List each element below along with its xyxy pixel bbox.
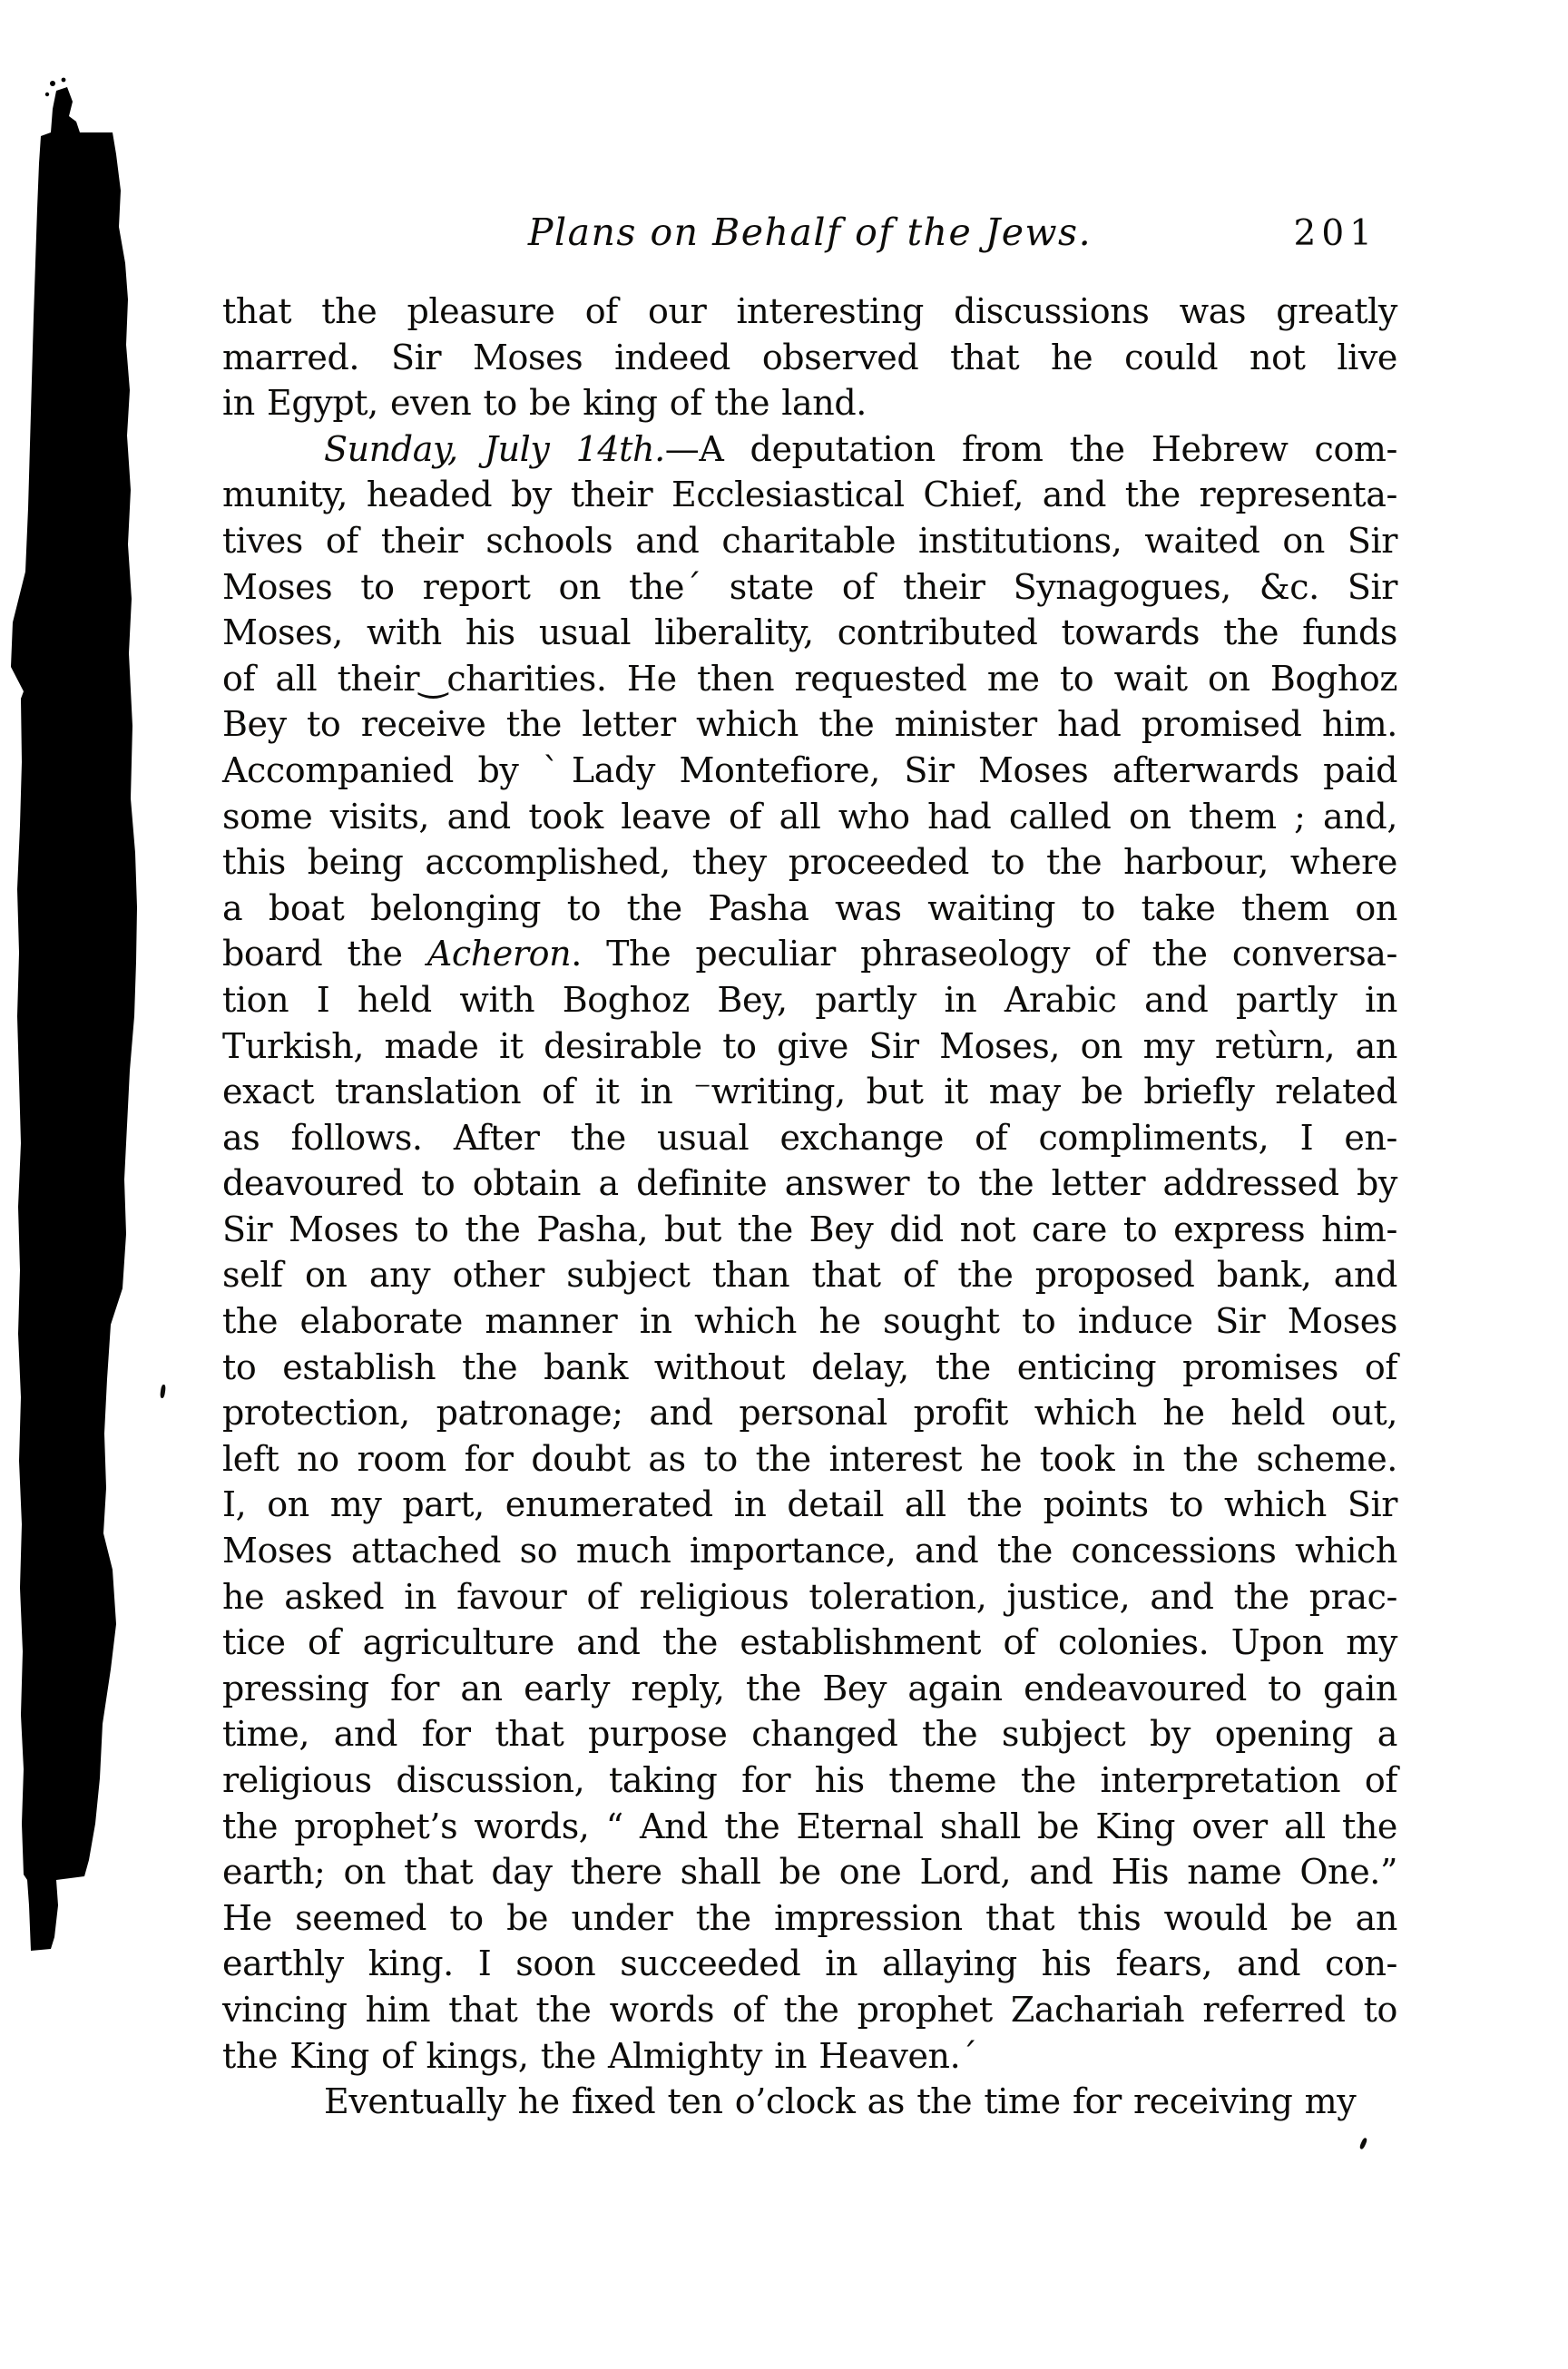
text-segment: Moses to report on the´ state of their S… xyxy=(222,567,1397,607)
text-segment: Bey to receive the letter which the mini… xyxy=(222,704,1397,744)
text-line: protection, patronage; and personal prof… xyxy=(222,1390,1397,1436)
text-segment: tice of agriculture and the establishmen… xyxy=(222,1622,1397,1662)
text-line: earthly king. I soon succeeded in allayi… xyxy=(222,1941,1397,1987)
text-segment: the King of kings, the Almighty in Heave… xyxy=(222,2036,977,2076)
text-segment: left no room for doubt as to the interes… xyxy=(222,1439,1397,1479)
text-segment: he asked in favour of religious tolerati… xyxy=(222,1577,1397,1617)
text-line: this being accomplished, they proceeded … xyxy=(222,839,1397,886)
text-line: the King of kings, the Almighty in Heave… xyxy=(222,2033,1397,2080)
text-segment: earthly king. I soon succeeded in allayi… xyxy=(222,1943,1397,1983)
text-line: munity, headed by their Ecclesiastical C… xyxy=(222,472,1397,518)
text-segment: I, on my part, enumerated in detail all … xyxy=(222,1484,1397,1524)
text-line: Sir Moses to the Pasha, but the Bey did … xyxy=(222,1207,1397,1253)
italic-text-segment: Acheron xyxy=(427,934,571,974)
text-line: some visits, and took leave of all who h… xyxy=(222,794,1397,840)
running-header: Plans on Behalf of the Jews. 201 xyxy=(222,210,1397,261)
text-line: to establish the bank without delay, the… xyxy=(222,1345,1397,1391)
italic-text-segment: Sunday, July 14th. xyxy=(324,429,665,469)
text-line: religious discussion, taking for his the… xyxy=(222,1757,1397,1804)
text-segment: Sir Moses to the Pasha, but the Bey did … xyxy=(222,1209,1397,1249)
text-line: left no room for doubt as to the interes… xyxy=(222,1436,1397,1483)
text-segment: in Egypt, even to be king of the land. xyxy=(222,383,867,423)
text-line: that the pleasure of our interesting dis… xyxy=(222,289,1397,335)
text-segment: Moses attached so much importance, and t… xyxy=(222,1531,1397,1571)
text-line: in Egypt, even to be king of the land. xyxy=(222,380,1397,426)
text-line: Turkish, made it desirable to give Sir M… xyxy=(222,1023,1397,1070)
text-line: Sunday, July 14th.—A deputation from the… xyxy=(222,426,1397,473)
text-line: Moses attached so much importance, and t… xyxy=(222,1528,1397,1574)
text-segment: deavoured to obtain a definite answer to… xyxy=(222,1163,1397,1203)
text-line: deavoured to obtain a definite answer to… xyxy=(222,1160,1397,1207)
text-segment: Turkish, made it desirable to give Sir M… xyxy=(222,1026,1397,1066)
text-line: Moses to report on the´ state of their S… xyxy=(222,564,1397,611)
text-segment: exact translation of it in ⁻writing, but… xyxy=(222,1072,1397,1111)
text-segment: . The peculiar phraseology of the conver… xyxy=(571,934,1397,974)
text-line: time, and for that purpose changed the s… xyxy=(222,1711,1397,1757)
text-segment: that the pleasure of our interesting dis… xyxy=(222,291,1397,331)
text-line: Bey to receive the letter which the mini… xyxy=(222,701,1397,748)
text-segment: board the xyxy=(222,934,427,974)
text-line: vincing him that the words of the prophe… xyxy=(222,1987,1397,2033)
body-text: that the pleasure of our interesting dis… xyxy=(222,289,1397,2125)
text-segment: of all their‿charities. He then requeste… xyxy=(222,659,1397,699)
text-line: pressing for an early reply, the Bey aga… xyxy=(222,1666,1397,1712)
text-line: I, on my part, enumerated in detail all … xyxy=(222,1482,1397,1528)
text-segment: time, and for that purpose changed the s… xyxy=(222,1714,1397,1754)
text-segment: He seemed to be under the impression tha… xyxy=(222,1898,1397,1938)
text-line: Moses, with his usual liberality, contri… xyxy=(222,610,1397,656)
text-segment: munity, headed by their Ecclesiastical C… xyxy=(222,475,1397,514)
text-segment: Moses, with his usual liberality, contri… xyxy=(222,612,1397,652)
text-line: a boat belonging to the Pasha was waitin… xyxy=(222,886,1397,932)
text-segment: earth; on that day there shall be one Lo… xyxy=(222,1852,1397,1892)
text-line: He seemed to be under the impression tha… xyxy=(222,1895,1397,1942)
text-line: of all their‿charities. He then requeste… xyxy=(222,656,1397,702)
text-segment: vincing him that the words of the prophe… xyxy=(222,1990,1397,2030)
text-line: Eventually he fixed ten o’clock as the t… xyxy=(222,2079,1397,2125)
text-segment: to establish the bank without delay, the… xyxy=(222,1347,1397,1387)
text-segment: the elaborate manner in which he sought … xyxy=(222,1301,1397,1341)
text-line: tives of their schools and charitable in… xyxy=(222,518,1397,564)
text-segment: the prophet’s words, “ And the Eternal s… xyxy=(222,1806,1397,1846)
text-segment: tives of their schools and charitable in… xyxy=(222,521,1397,561)
text-segment: Accompanied by ˋLady Montefiore, Sir Mos… xyxy=(222,750,1397,790)
page-number: 201 xyxy=(1294,213,1377,254)
text-segment: self on any other subject than that of t… xyxy=(222,1255,1397,1295)
text-segment: some visits, and took leave of all who h… xyxy=(222,797,1397,837)
text-line: board the Acheron. The peculiar phraseol… xyxy=(222,931,1397,977)
text-segment: —A deputation from the Hebrew com- xyxy=(665,429,1397,469)
text-line: he asked in favour of religious tolerati… xyxy=(222,1574,1397,1620)
text-segment: religious discussion, taking for his the… xyxy=(222,1760,1397,1800)
text-segment: tion I held with Boghoz Bey, partly in A… xyxy=(222,980,1397,1020)
text-line: the prophet’s words, “ And the Eternal s… xyxy=(222,1804,1397,1850)
text-segment: pressing for an early reply, the Bey aga… xyxy=(222,1669,1397,1708)
running-header-title: Plans on Behalf of the Jews. xyxy=(222,210,1397,254)
text-segment: marred. Sir Moses indeed observed that h… xyxy=(222,338,1397,377)
text-segment: a boat belonging to the Pasha was waitin… xyxy=(222,888,1397,928)
book-page-scan: Plans on Behalf of the Jews. 201 that th… xyxy=(0,0,1568,2369)
text-line: marred. Sir Moses indeed observed that h… xyxy=(222,335,1397,381)
text-line: the elaborate manner in which he sought … xyxy=(222,1298,1397,1345)
text-line: tion I held with Boghoz Bey, partly in A… xyxy=(222,977,1397,1023)
ink-speck xyxy=(160,1385,166,1399)
text-line: Accompanied by ˋLady Montefiore, Sir Mos… xyxy=(222,748,1397,794)
text-segment: Eventually he fixed ten o’clock as the t… xyxy=(324,2081,1356,2121)
text-segment: as follows. After the usual exchange of … xyxy=(222,1118,1397,1158)
text-segment: this being accomplished, they proceeded … xyxy=(222,842,1397,882)
text-line: as follows. After the usual exchange of … xyxy=(222,1115,1397,1161)
ink-speck xyxy=(1359,2138,1368,2150)
text-line: tice of agriculture and the establishmen… xyxy=(222,1620,1397,1666)
text-line: self on any other subject than that of t… xyxy=(222,1252,1397,1298)
text-line: exact translation of it in ⁻writing, but… xyxy=(222,1069,1397,1115)
text-line: earth; on that day there shall be one Lo… xyxy=(222,1849,1397,1895)
text-segment: protection, patronage; and personal prof… xyxy=(222,1393,1397,1433)
